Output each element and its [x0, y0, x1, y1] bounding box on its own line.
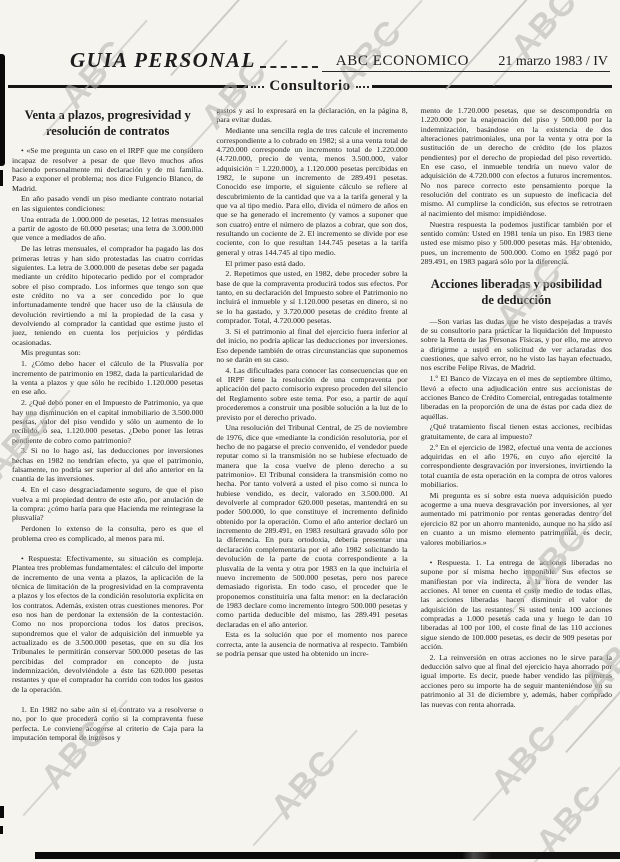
paragraph: Mediante una sencilla regla de tres calc… [216, 126, 407, 257]
paragraph: 2. Repetimos que usted, en 1982, debe pr… [216, 269, 407, 325]
paragraph: gastos y así lo expresará en la declarac… [216, 106, 407, 125]
paragraph: Esta es la solución que por el momento n… [216, 630, 407, 658]
abc-watermark: ABC [54, 32, 136, 117]
scan-slash [445, 0, 530, 90]
masthead: GUIA PERSONAL ABC ECONOMICO 21 marzo 198… [10, 50, 610, 72]
column-1-text: • «Se me pregunta un caso en el IRPF que… [12, 146, 203, 742]
paragraph: Mis preguntas son: [12, 348, 203, 357]
paragraph [421, 548, 612, 556]
paragraph: • Respuesta: Efectivamente, su situación… [12, 554, 203, 694]
column-3-text-top: mento de 1.720.000 pesetas, que se desco… [421, 106, 612, 266]
paragraph: mento de 1.720.000 pesetas, que se desco… [421, 106, 612, 218]
paragraph [12, 696, 203, 704]
paragraph: • «Se me pregunta un caso en el IRPF que… [12, 146, 203, 193]
consultorio-header-row: Consultorio [8, 79, 612, 94]
rule-right [372, 85, 612, 88]
paragraph: 4. Las dificultades para conocer las con… [216, 366, 407, 422]
page-bottom-rule [35, 852, 620, 859]
newspaper-page: ABC ABC ABC ABC ABC ABC ABC ABC ABC ABC … [0, 0, 620, 862]
paragraph: 2. ¿Qué debo poner en el Impuesto de Pat… [12, 398, 203, 445]
column-3: mento de 1.720.000 pesetas, que se desco… [421, 106, 612, 848]
rule-left [8, 85, 248, 88]
paragraph: • Respuesta. 1. La entrega de acciones l… [421, 558, 612, 651]
paragraph: Mi pregunta es si sobre esta nueva adqui… [421, 491, 612, 547]
column-header: Consultorio [269, 79, 350, 94]
paragraph: El primer paso está dado. [216, 259, 407, 268]
paragraph: 1.º El Banco de Vizcaya en el mes de sep… [421, 374, 612, 421]
date-and-page: 21 marzo 1983 / IV [498, 55, 608, 69]
paragraph: 2. La reinversión en otras acciones no l… [421, 653, 612, 709]
column-2-text: gastos y así lo expresará en la declarac… [216, 106, 407, 658]
paragraph: 2.º En el ejercicio de 1982, efectué una… [421, 443, 612, 490]
paragraph: Perdonen lo extenso de la consulta, pero… [12, 524, 203, 543]
paragraph: 1. ¿Cómo debo hacer el cálculo de la Plu… [12, 359, 203, 396]
scan-artifact [0, 170, 3, 186]
paragraph: Una resolución del Tribunal Central, de … [216, 423, 407, 629]
masthead-right: ABC ECONOMICO 21 marzo 1983 / IV [322, 54, 610, 72]
paragraph: 3. Si el patrimonio al final del ejercic… [216, 327, 407, 364]
paragraph: Una entrada de 1.000.000 de pesetas, 12 … [12, 215, 203, 243]
column-2: gastos y así lo expresará en la declarac… [216, 106, 407, 848]
publication-title: ABC ECONOMICO [336, 54, 469, 69]
rule-dash [356, 86, 369, 88]
masthead-dash-rule [260, 65, 318, 68]
paragraph: 4. En el caso desgraciadamente seguro, d… [12, 485, 203, 522]
scan-artifact [0, 54, 5, 166]
column-3-text-bottom: —Son varias las dudas que he visto despe… [421, 317, 612, 709]
paragraph: 3. Si no lo hago así, las deducciones po… [12, 446, 203, 483]
paragraph: —Son varias las dudas que he visto despe… [421, 317, 612, 373]
column-1: Venta a plazos, progresividad y resoluci… [12, 106, 203, 848]
paragraph: 1. En 1982 no sabe aún si el contrato va… [12, 705, 203, 742]
article-title-venta: Venta a plazos, progresividad y resoluci… [18, 108, 197, 139]
article-title-acciones: Acciones liberadas y posibilidad de dedu… [427, 277, 606, 308]
paragraph: Nuestra respuesta la podemos justificar … [421, 220, 612, 267]
scan-artifact [0, 826, 3, 834]
paragraph: De las letras mensuales, el comprador ha… [12, 244, 203, 347]
paragraph: ¿Qué tratamiento fiscal tienen estas acc… [421, 422, 612, 441]
paragraph [12, 544, 203, 552]
rule-dash [251, 86, 264, 88]
paragraph: En año pasado vendí un piso mediante con… [12, 194, 203, 213]
section-title: GUIA PERSONAL [10, 50, 260, 72]
scan-artifact [0, 806, 4, 818]
article-columns: Venta a plazos, progresividad y resoluci… [12, 106, 612, 848]
